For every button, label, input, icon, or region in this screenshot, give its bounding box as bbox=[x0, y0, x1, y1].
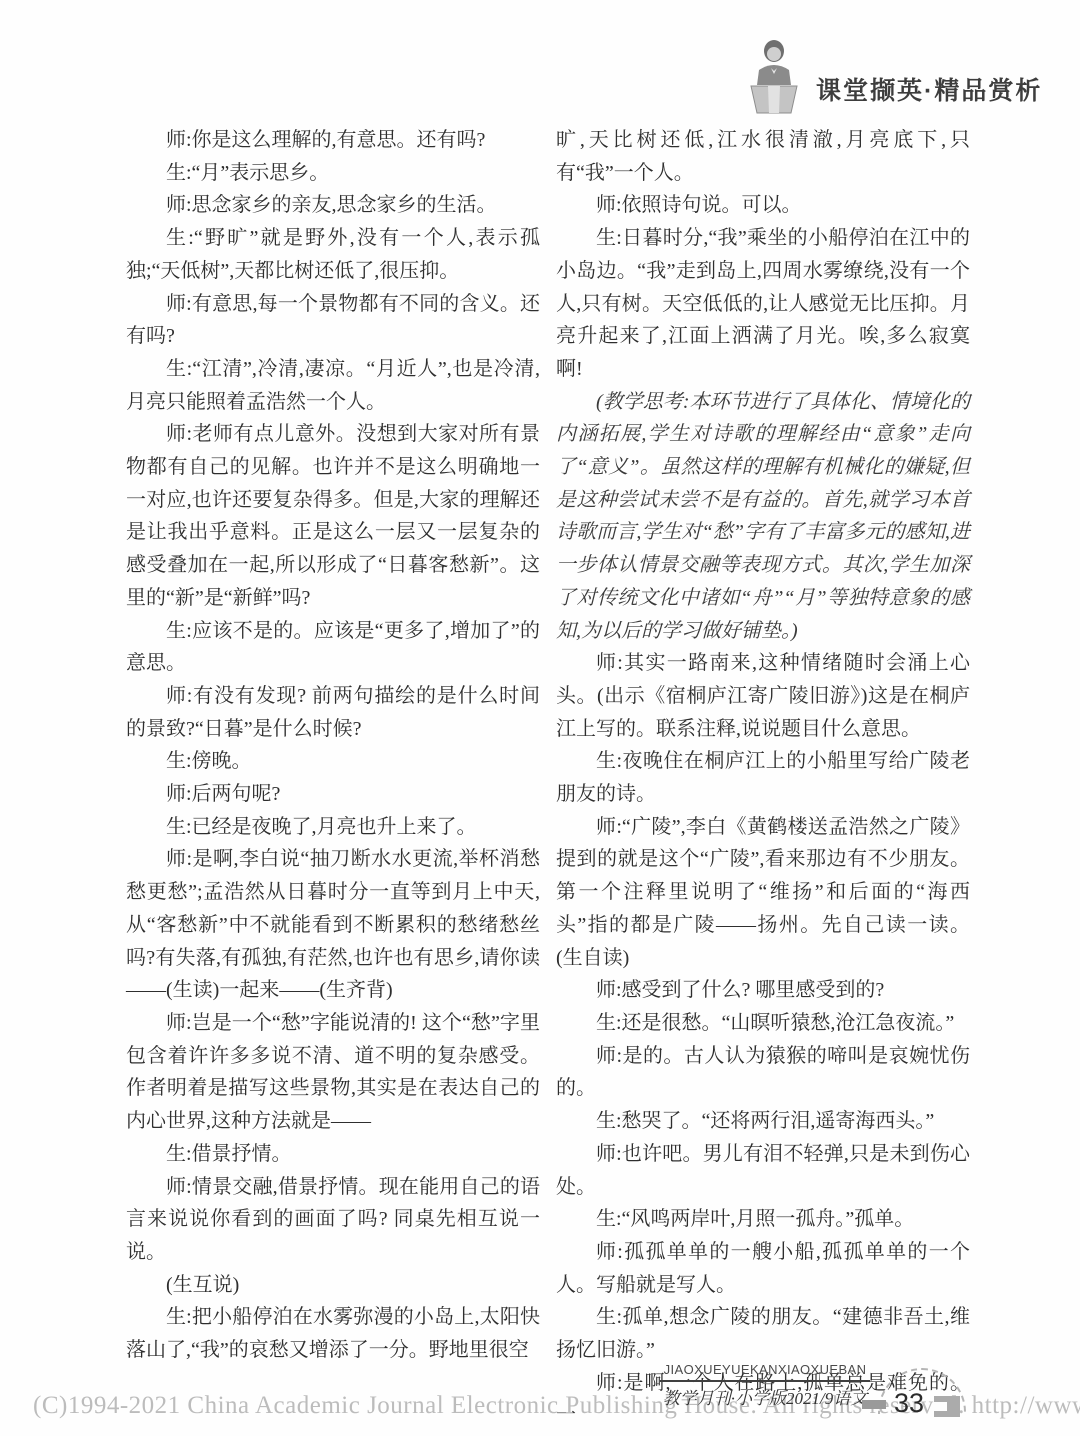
dialogue-paragraph: 师:思念家乡的亲友,思念家乡的生活。 bbox=[126, 189, 540, 222]
dialogue-paragraph: 生:“月”表示思乡。 bbox=[126, 157, 540, 190]
dialogue-paragraph: 生:借景抒情。 bbox=[126, 1138, 540, 1171]
dialogue-paragraph: 生:傍晚。 bbox=[126, 745, 540, 778]
dialogue-paragraph: 生:已经是夜晚了,月亮也升上来了。 bbox=[126, 811, 540, 844]
page-number-bracket-icon bbox=[934, 1396, 960, 1417]
footer-rule bbox=[660, 1380, 870, 1382]
dialogue-paragraph: 师:是的。古人认为猿猴的啼叫是哀婉忧伤的。 bbox=[556, 1040, 970, 1105]
dialogue-paragraph: 师:是啊,李白说“抽刀断水水更流,举杯消愁愁更愁”;孟浩然从日暮时分一直等到月上… bbox=[126, 843, 540, 1007]
section-header: 课堂撷英·精品赏析 bbox=[748, 38, 1042, 114]
right-column: 旷,天比树还低,江水很清澈,月亮底下,只有“我”一个人。师:依照诗句说。可以。生… bbox=[556, 124, 970, 1432]
journal-page: 课堂撷英·精品赏析 师:你是这么理解的,有意思。还有吗?生:“月”表示思乡。师:… bbox=[0, 0, 1080, 1436]
journal-name: 教学月刊·小学版2021/9语文 bbox=[660, 1384, 870, 1409]
dialogue-paragraph: 生:应该不是的。应该是“更多了,增加了”的意思。 bbox=[126, 615, 540, 680]
dialogue-paragraph: 生:还是很愁。“山暝听猿愁,沧江急夜流。” bbox=[556, 1007, 970, 1040]
teacher-at-podium-icon bbox=[748, 38, 800, 114]
dialogue-paragraph: 生:愁哭了。“还将两行泪,遥寄海西头。” bbox=[556, 1105, 970, 1138]
journal-footer: JIAOXUEYUEKANXIAOXUEBAN 教学月刊·小学版2021/9语文 bbox=[660, 1362, 870, 1409]
section-title: 课堂撷英·精品赏析 bbox=[816, 71, 1042, 107]
left-column: 师:你是这么理解的,有意思。还有吗?生:“月”表示思乡。师:思念家乡的亲友,思念… bbox=[126, 124, 540, 1367]
dialogue-paragraph: 师:孤孤单单的一艘小船,孤孤单单的一个人。写船就是写人。 bbox=[556, 1236, 970, 1301]
journal-pinyin: JIAOXUEYUEKANXIAOXUEBAN bbox=[660, 1362, 870, 1377]
dialogue-paragraph: 师:老师有点儿意外。没想到大家对所有景物都有自己的见解。也许并不是这么明确地一一… bbox=[126, 418, 540, 614]
dialogue-paragraph: 师:后两句呢? bbox=[126, 778, 540, 811]
dialogue-paragraph: 师:情景交融,借景抒情。现在能用自己的语言来说说你看到的画面了吗? 同桌先相互说… bbox=[126, 1171, 540, 1269]
dialogue-paragraph: 生:“江清”,冷清,凄凉。“月近人”,也是冷清,月亮只能照着孟浩然一个人。 bbox=[126, 353, 540, 418]
dialogue-paragraph: 师:有没有发现? 前两句描绘的是什么时间的景致?“日暮”是什么时候? bbox=[126, 680, 540, 745]
dialogue-paragraph: (生互说) bbox=[126, 1269, 540, 1302]
dialogue-paragraph: 师:“广陵”,李白《黄鹤楼送孟浩然之广陵》提到的就是这个“广陵”,看来那边有不少… bbox=[556, 811, 970, 975]
dialogue-paragraph: (教学思考:本环节进行了具体化、情境化的内涵拓展,学生对诗歌的理解经由“意象”走… bbox=[556, 386, 970, 648]
dialogue-paragraph: 师:岂是一个“愁”字能说清的! 这个“愁”字里包含着许许多多说不清、道不明的复杂… bbox=[126, 1007, 540, 1138]
dialogue-paragraph: 生:日暮时分,“我”乘坐的小船停泊在江中的小岛边。“我”走到岛上,四周水雾缭绕,… bbox=[556, 222, 970, 386]
dialogue-paragraph: 旷,天比树还低,江水很清澈,月亮底下,只有“我”一个人。 bbox=[556, 124, 970, 189]
dialogue-paragraph: 生:把小船停泊在水雾弥漫的小岛上,太阳快落山了,“我”的哀愁又增添了一分。野地里… bbox=[126, 1301, 540, 1366]
dialogue-paragraph: 师:你是这么理解的,有意思。还有吗? bbox=[126, 124, 540, 157]
dialogue-paragraph: 生:“风鸣两岸叶,月照一孤舟。”孤单。 bbox=[556, 1203, 970, 1236]
dialogue-paragraph: 师:依照诗句说。可以。 bbox=[556, 189, 970, 222]
dialogue-paragraph: 生:夜晚住在桐庐江上的小船里写给广陵老朋友的诗。 bbox=[556, 745, 970, 810]
dialogue-paragraph: 生:“野旷”就是野外,没有一个人,表示孤独;“天低树”,天都比树还低了,很压抑。 bbox=[126, 222, 540, 287]
page-number-dash bbox=[862, 1400, 886, 1409]
dialogue-paragraph: 师:也许吧。男儿有泪不轻弹,只是未到伤心处。 bbox=[556, 1138, 970, 1203]
page-number: 33 bbox=[894, 1388, 924, 1419]
dialogue-paragraph: 生:孤单,想念广陵的朋友。“建德非吾土,维扬忆旧游。” bbox=[556, 1301, 970, 1366]
dialogue-paragraph: 师:其实一路南来,这种情绪随时会涌上心头。(出示《宿桐庐江寄广陵旧游》)这是在桐… bbox=[556, 647, 970, 745]
dialogue-paragraph: 师:有意思,每一个景物都有不同的含义。还有吗? bbox=[126, 288, 540, 353]
dialogue-paragraph: 师:感受到了什么? 哪里感受到的? bbox=[556, 974, 970, 1007]
